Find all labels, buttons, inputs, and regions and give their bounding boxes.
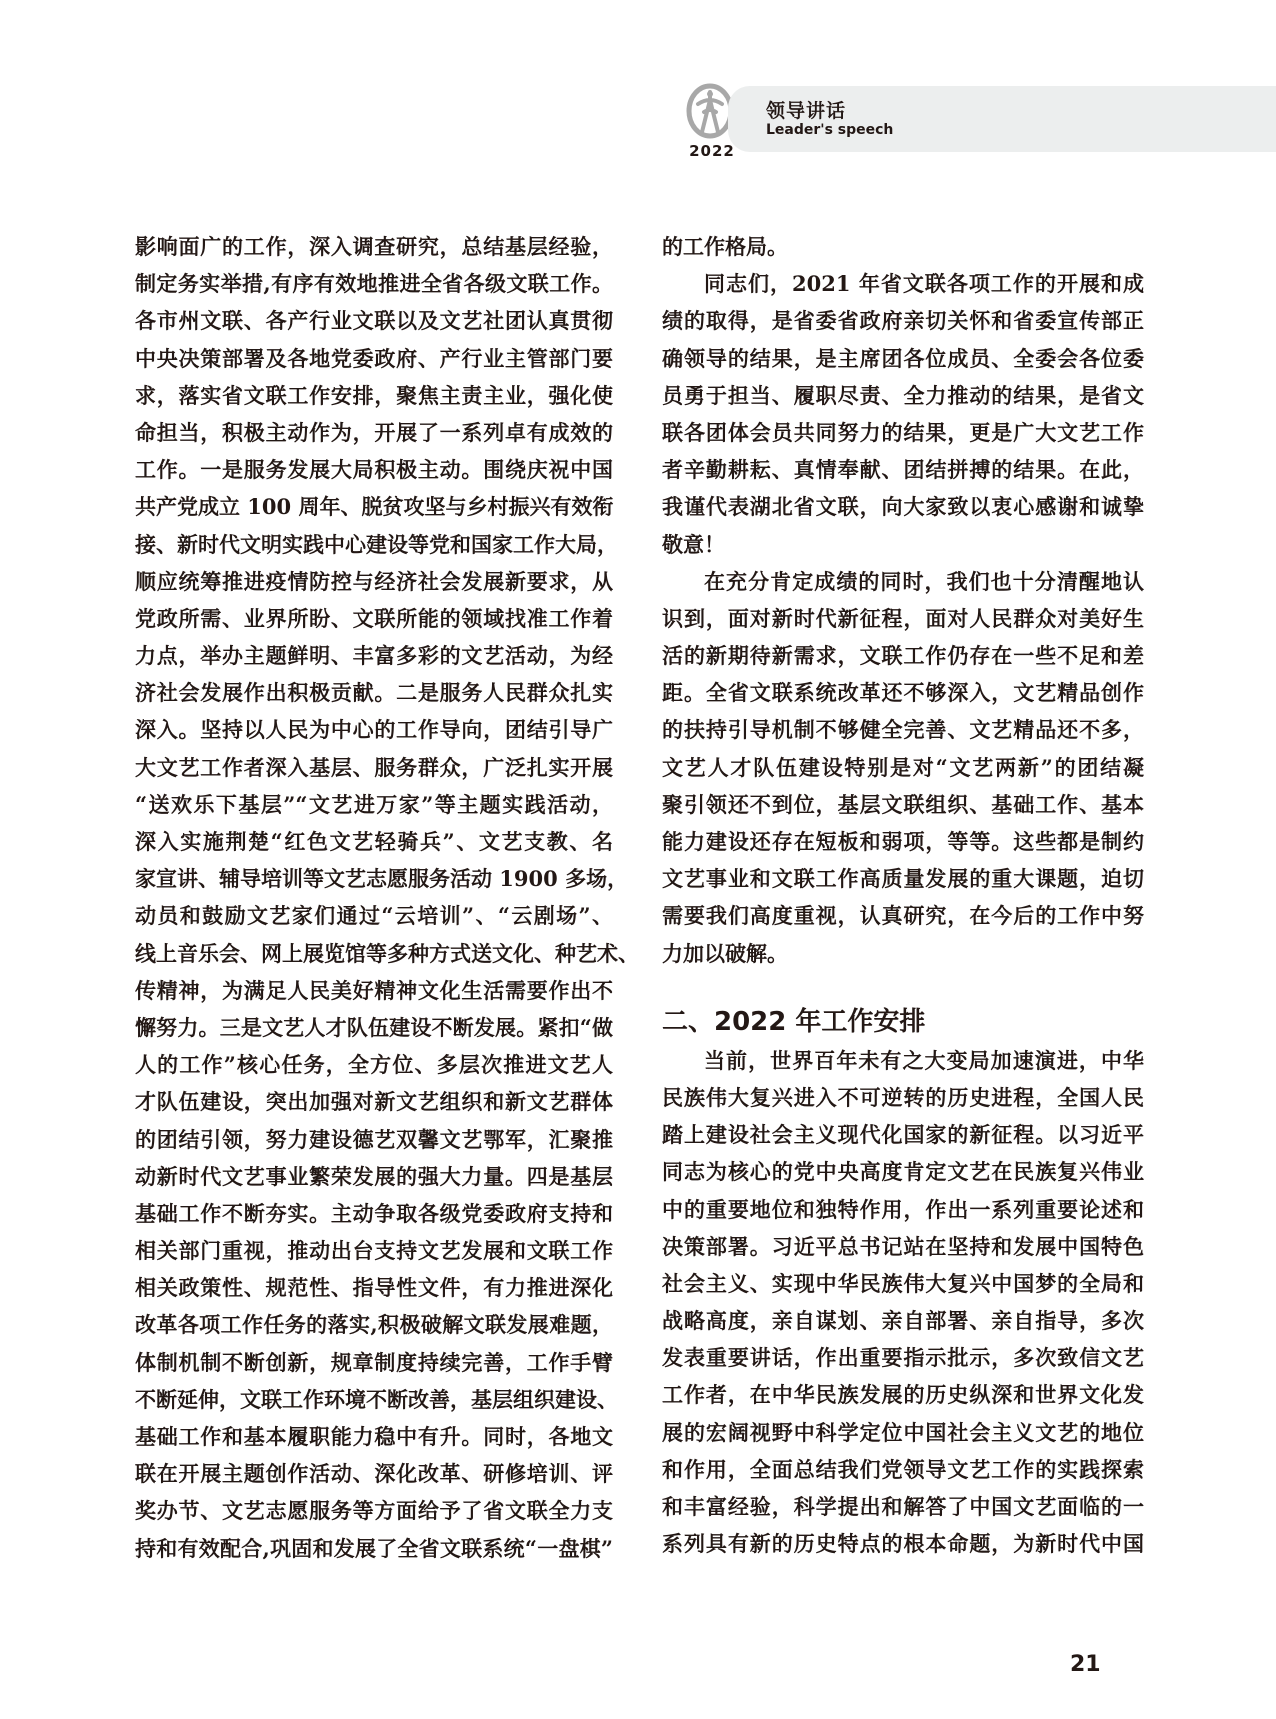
text-line: 社会主义、实现中华民族伟大复兴中国梦的全局和 xyxy=(662,1265,1144,1302)
text-line: 确领导的结果，是主席团各位成员、全委会各位委 xyxy=(662,340,1144,377)
text-line: 命担当，积极主动作为，开展了一系列卓有成效的 xyxy=(135,414,613,451)
text-line: 的工作格局。 xyxy=(662,228,1144,265)
text-line: 员勇于担当、履职尽责、全力推动的结果，是省文 xyxy=(662,377,1144,414)
text-line: 线上音乐会、网上展览馆等多种方式送文化、种艺术、 xyxy=(135,935,613,972)
text-line: 求，落实省文联工作安排，聚焦主责主业，强化使 xyxy=(135,377,613,414)
text-line: 大文艺工作者深入基层、服务群众，广泛扎实开展 xyxy=(135,749,613,786)
text-line: 的团结引领，努力建设德艺双馨文艺鄂军，汇聚推 xyxy=(135,1121,613,1158)
text-line: 展的宏阔视野中科学定位中国社会主义文艺的地位 xyxy=(662,1414,1144,1451)
paragraph-shortcomings: 在充分肯定成绩的同时，我们也十分清醒地认识到，面对新时代新征程，面对人民群众对美… xyxy=(662,563,1144,972)
text-line: 改革各项工作任务的落实,积极破解文联发展难题， xyxy=(135,1306,613,1343)
text-line: 者辛勤耕耘、真情奉献、团结拼搏的结果。在此， xyxy=(662,451,1144,488)
section-title: 领导讲话 xyxy=(766,96,846,123)
text-line: 民族伟大复兴进入不可逆转的历史进程，全国人民 xyxy=(662,1079,1144,1116)
text-line: 工作。一是服务发展大局积极主动。围绕庆祝中国 xyxy=(135,451,613,488)
text-line: 系列具有新的历史特点的根本命题，为新时代中国 xyxy=(662,1525,1144,1562)
text-line: 力点，举办主题鲜明、丰富多彩的文艺活动，为经 xyxy=(135,637,613,674)
section-heading: 二、2022 年工作安排 xyxy=(662,1002,1144,1042)
text-line: 人的工作”核心任务，全方位、多层次推进文艺人 xyxy=(135,1046,613,1083)
text-line: 和作用，全面总结我们党领导文艺工作的实践探索 xyxy=(662,1451,1144,1488)
header-year: 2022 xyxy=(684,142,740,160)
text-line: 顺应统筹推进疫情防控与经济社会发展新要求，从 xyxy=(135,563,613,600)
text-line: 决策部署。习近平总书记站在坚持和发展中国特色 xyxy=(662,1228,1144,1265)
text-line: 在充分肯定成绩的同时，我们也十分清醒地认 xyxy=(662,563,1144,600)
text-line: 能力建设还存在短板和弱项，等等。这些都是制约 xyxy=(662,823,1144,860)
text-line: 各市州文联、各产行业文联以及文艺社团认真贯彻 xyxy=(135,302,613,339)
text-line: 基础工作不断夯实。主动争取各级党委政府支持和 xyxy=(135,1195,613,1232)
text-line: 文艺事业和文联工作高质量发展的重大课题，迫切 xyxy=(662,860,1144,897)
text-line: 基础工作和基本履职能力稳中有升。同时，各地文 xyxy=(135,1418,613,1455)
text-line: 敬意！ xyxy=(662,526,1144,563)
text-line: 中央决策部署及各地党委政府、产行业主管部门要 xyxy=(135,340,613,377)
text-line: 文艺人才队伍建设特别是对“文艺两新”的团结凝 xyxy=(662,749,1144,786)
text-line: 动新时代文艺事业繁荣发展的强大力量。四是基层 xyxy=(135,1158,613,1195)
text-line: 才队伍建设，突出加强对新文艺组织和新文艺群体 xyxy=(135,1083,613,1120)
text-line: 动员和鼓励文艺家们通过“云培训”、“云剧场”、 xyxy=(135,897,613,934)
text-line: 活的新期待新需求，文联工作仍存在一些不足和差 xyxy=(662,637,1144,674)
paragraph-continuation: 的工作格局。 xyxy=(662,228,1144,265)
text-line: 同志们，2021 年省文联各项工作的开展和成 xyxy=(662,265,1144,302)
text-line: 不断延伸，文联工作环境不断改善，基层组织建设、 xyxy=(135,1381,613,1418)
text-line: 共产党成立 100 周年、脱贫攻坚与乡村振兴有效衔 xyxy=(135,488,613,525)
page-number: 21 xyxy=(1070,1652,1101,1677)
text-line: 识到，面对新时代新征程，面对人民群众对美好生 xyxy=(662,600,1144,637)
text-line: 济社会发展作出积极贡献。二是服务人民群众扎实 xyxy=(135,674,613,711)
text-line: 懈努力。三是文艺人才队伍建设不断发展。紧扣“做 xyxy=(135,1009,613,1046)
text-line: 发表重要讲话，作出重要指示批示，多次致信文艺 xyxy=(662,1339,1144,1376)
text-line: 我谨代表湖北省文联，向大家致以衷心感谢和诚挚 xyxy=(662,488,1144,525)
text-line: 影响面广的工作，深入调查研究，总结基层经验， xyxy=(135,228,613,265)
text-line: 踏上建设社会主义现代化国家的新征程。以习近平 xyxy=(662,1116,1144,1153)
text-line: 的扶持引导机制不够健全完善、文艺精品还不多， xyxy=(662,711,1144,748)
text-line: 深入。坚持以人民为中心的工作导向，团结引导广 xyxy=(135,711,613,748)
text-line: 奖办节、文艺志愿服务等方面给予了省文联全力支 xyxy=(135,1492,613,1529)
text-line: 相关政策性、规范性、指导性文件，有力推进深化 xyxy=(135,1269,613,1306)
text-line: 传精神，为满足人民美好精神文化生活需要作出不 xyxy=(135,972,613,1009)
left-column: 影响面广的工作，深入调查研究，总结基层经验，制定务实举措,有序有效地推进全省各级… xyxy=(135,228,613,1567)
text-line: 工作者，在中华民族发展的历史纵深和世界文化发 xyxy=(662,1376,1144,1413)
text-line: 中的重要地位和独特作用，作出一系列重要论述和 xyxy=(662,1191,1144,1228)
text-line: 体制机制不断创新，规章制度持续完善，工作手臂 xyxy=(135,1344,613,1381)
text-line: 力加以破解。 xyxy=(662,935,1144,972)
text-line: 当前，世界百年未有之大变局加速演进，中华 xyxy=(662,1042,1144,1079)
text-line: 和丰富经验，科学提出和解答了中国文艺面临的一 xyxy=(662,1488,1144,1525)
text-line: 绩的取得，是省委省政府亲切关怀和省委宣传部正 xyxy=(662,302,1144,339)
paragraph-2022-plan: 当前，世界百年未有之大变局加速演进，中华民族伟大复兴进入不可逆转的历史进程，全国… xyxy=(662,1042,1144,1563)
paragraph-thanks: 同志们，2021 年省文联各项工作的开展和成绩的取得，是省委省政府亲切关怀和省委… xyxy=(662,265,1144,563)
text-line: 制定务实举措,有序有效地推进全省各级文联工作。 xyxy=(135,265,613,302)
text-line: 持和有效配合,巩固和发展了全省文联系统“一盘棋” xyxy=(135,1530,613,1567)
right-column: 的工作格局。 同志们，2021 年省文联各项工作的开展和成绩的取得，是省委省政府… xyxy=(662,228,1144,1562)
text-line: 党政所需、业界所盼、文联所能的领域找准工作着 xyxy=(135,600,613,637)
text-line: “送欢乐下基层”“文艺进万家”等主题实践活动， xyxy=(135,786,613,823)
text-line: 家宣讲、辅导培训等文艺志愿服务活动 1900 多场， xyxy=(135,860,613,897)
text-line: 聚引领还不到位，基层文联组织、基础工作、基本 xyxy=(662,786,1144,823)
text-line: 相关部门重视，推动出台支持文艺发展和文联工作 xyxy=(135,1232,613,1269)
text-line: 深入实施荆楚“红色文艺轻骑兵”、文艺支教、名 xyxy=(135,823,613,860)
text-line: 同志为核心的党中央高度肯定文艺在民族复兴伟业 xyxy=(662,1153,1144,1190)
section-subtitle: Leader's speech xyxy=(766,122,893,138)
text-line: 距。全省文联系统改革还不够深入，文艺精品创作 xyxy=(662,674,1144,711)
text-line: 联各团体会员共同努力的结果，更是广大文艺工作 xyxy=(662,414,1144,451)
text-line: 联在开展主题创作活动、深化改革、研修培训、评 xyxy=(135,1455,613,1492)
text-line: 需要我们高度重视，认真研究，在今后的工作中努 xyxy=(662,897,1144,934)
text-line: 接、新时代文明实践中心建设等党和国家工作大局， xyxy=(135,526,613,563)
text-line: 战略高度，亲自谋划、亲自部署、亲自指导，多次 xyxy=(662,1302,1144,1339)
